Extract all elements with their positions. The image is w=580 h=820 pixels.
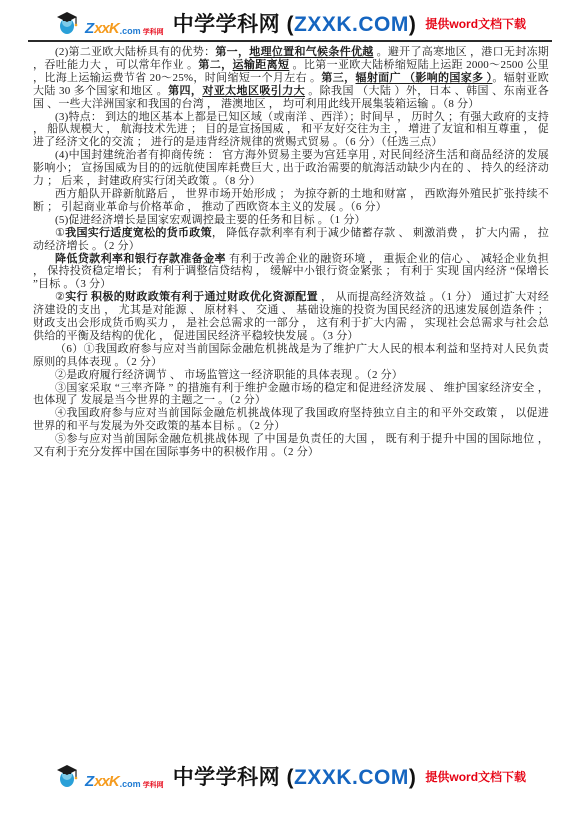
text-run: ②	[55, 291, 65, 303]
logo-letter-z: Z	[85, 21, 93, 36]
paragraph: (2)第二亚欧大陆桥具有的优势：第一，地理位置和气候条件优越 。避开了高寒地区 …	[33, 46, 549, 111]
logo-dot-com: .com	[120, 27, 141, 36]
text-run: (2)第二亚欧大陆桥具有的优势：	[55, 46, 215, 58]
footer: ZxxK.com学科网 中学学科网 (ZXXK.COM) 提供word文档下载	[0, 753, 580, 792]
site-title-suffix: )	[409, 766, 417, 789]
footer-word-download-link[interactable]: 提供word文档下载	[425, 768, 526, 785]
footer-banner: ZxxK.com学科网 中学学科网 (ZXXK.COM) 提供word文档下载	[0, 753, 580, 792]
paragraph: 西方船队开辟新航路后 ， 世界市场开始形成 ； 为掠夺新的土地和财富 ， 西欧海…	[33, 188, 549, 214]
logo-dot-com: .com	[120, 780, 141, 789]
paragraph: ③国家采取 “三率齐降 ” 的措施有利于维护金融市场的稳定和促进经济发展 、 维…	[33, 382, 549, 408]
text-run: ④我国政府参与应对当前国际金融危机挑战体现了我国政府坚持独立自主的和平外交政策 …	[33, 407, 549, 432]
graduation-cap-icon	[54, 763, 84, 789]
site-title-prefix: 中学学科网 (	[173, 13, 294, 36]
footer-zxxk-logo[interactable]: ZxxK.com学科网	[54, 763, 164, 789]
text-run: (5)促进经济增长是国家宏观调控最主要的任务和目标 。（1 分）	[55, 214, 366, 226]
site-title-suffix: )	[409, 13, 417, 36]
text-run: 我国实行适度宽松的货币政策	[65, 227, 212, 239]
paragraph: ④我国政府参与应对当前国际金融危机挑战体现了我国政府坚持独立自主的和平外交政策 …	[33, 407, 549, 433]
site-title-brand: ZXXK.COM	[294, 766, 409, 789]
site-title: 中学学科网 (ZXXK.COM)	[173, 8, 417, 38]
text-run: 辐射面广 （影响的国家多 ）	[355, 72, 492, 84]
paragraph: ⑤参与应对当前国际金融危机挑战体现 了中国是负责任的大国 ， 既有利于提升中国的…	[33, 433, 549, 459]
text-run: 实行 积极的财政政策有利于通过财政优化资源配置	[65, 291, 318, 303]
text-run: 西方船队开辟新航路后 ， 世界市场开始形成 ； 为掠夺新的土地和财富 ， 西欧海…	[33, 188, 549, 213]
logo-letters-xxk: xxK	[94, 774, 119, 789]
site-title-brand: ZXXK.COM	[294, 13, 409, 36]
logo-cn-tag: 学科网	[143, 782, 164, 789]
logo-cn-tag: 学科网	[143, 29, 164, 36]
text-run: （6）①我国政府参与应对当前国际金融危机挑战是为了维护广大人民的根本利益和坚持对…	[33, 343, 549, 368]
text-run: 运输距离短	[233, 59, 290, 71]
logo-letter-z: Z	[85, 774, 93, 789]
text-run: ②是政府履行经济调节 、 市场监管这一经济职能的具体表现 。（2 分）	[55, 369, 403, 381]
header-divider	[28, 40, 552, 42]
logo-letters-xxk: xxK	[94, 21, 119, 36]
header-banner: ZxxK.com学科网 中学学科网 (ZXXK.COM) 提供word文档下载	[0, 0, 580, 39]
text-run: 第四，	[168, 85, 202, 97]
text-run: 降低贷款利率和银行存款准备金率	[55, 253, 226, 265]
site-title-prefix: 中学学科网 (	[173, 766, 294, 789]
zxxk-logo[interactable]: ZxxK.com学科网	[54, 10, 164, 36]
text-run: 地理位置和气候条件优越	[249, 46, 373, 58]
text-run: 第二，	[198, 59, 232, 71]
graduation-cap-icon	[54, 10, 84, 36]
document-body: (2)第二亚欧大陆桥具有的优势：第一，地理位置和气候条件优越 。避开了高寒地区 …	[33, 46, 549, 459]
text-run: ①	[55, 227, 65, 239]
text-run: (3)特点： 到达的地区基本上都是已知区域（或南洋 、西洋）；时间早 ， 历时久…	[33, 111, 549, 149]
text-run: 对亚太地区吸引力大	[202, 85, 305, 97]
paragraph: (3)特点： 到达的地区基本上都是已知区域（或南洋 、西洋）；时间早 ， 历时久…	[33, 111, 549, 150]
text-run: ⑤参与应对当前国际金融危机挑战体现 了中国是负责任的大国 ， 既有利于提升中国的…	[33, 433, 549, 458]
footer-site-title: 中学学科网 (ZXXK.COM)	[173, 761, 417, 791]
paragraph: 降低贷款利率和银行存款准备金率 有利于改善企业的融资环境 ， 重振企业的信心 、…	[33, 253, 549, 292]
word-download-link[interactable]: 提供word文档下载	[425, 15, 526, 32]
text-run: 第三，	[321, 72, 355, 84]
paragraph: ②是政府履行经济调节 、 市场监管这一经济职能的具体表现 。（2 分）	[33, 369, 549, 382]
paragraph: ①我国实行适度宽松的货币政策， 降低存款利率有利于减少储蓄存款 、 刺激消费 ，…	[33, 227, 549, 253]
text-run: 第一，	[215, 46, 249, 58]
paragraph: (4)中国封建统治者有抑商传统 ： 官方海外贸易主要为宫廷享用 , 对民间经济生…	[33, 149, 549, 188]
text-run: ③国家采取 “三率齐降 ” 的措施有利于维护金融市场的稳定和促进经济发展 、 维…	[33, 382, 549, 407]
paragraph: （6）①我国政府参与应对当前国际金融危机挑战是为了维护广大人民的根本利益和坚持对…	[33, 343, 549, 369]
paragraph: (5)促进经济增长是国家宏观调控最主要的任务和目标 。（1 分）	[33, 214, 549, 227]
text-run: (4)中国封建统治者有抑商传统 ： 官方海外贸易主要为宫廷享用 , 对民间经济生…	[33, 149, 549, 187]
paragraph: ②实行 积极的财政政策有利于通过财政优化资源配置 ， 从而提高经济效益 。（1 …	[33, 291, 549, 343]
